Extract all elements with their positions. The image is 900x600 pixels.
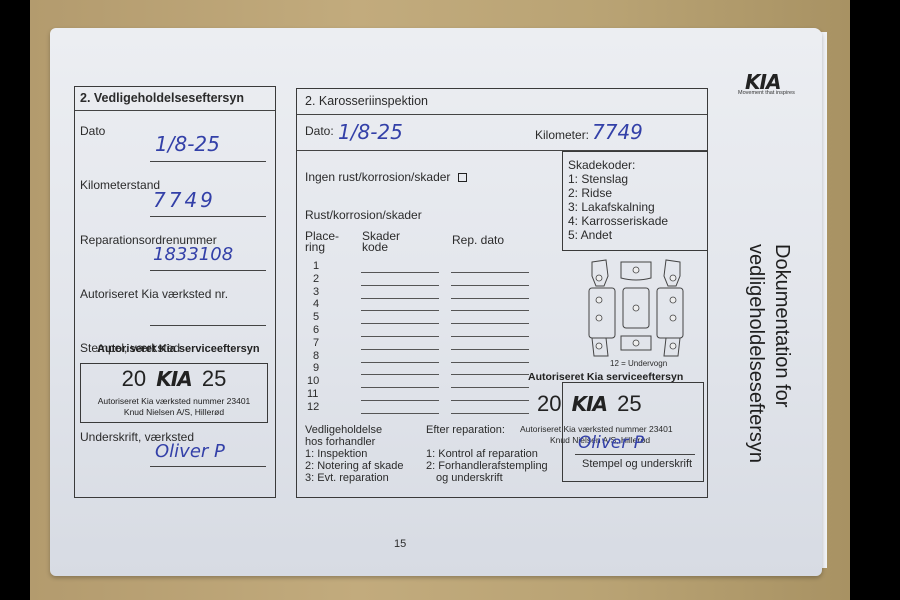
- col-placering-2: ring: [305, 240, 325, 254]
- underskrift-signature[interactable]: Oliver P: [155, 441, 225, 462]
- dato-value[interactable]: 1/8-25: [155, 132, 220, 156]
- booklet-page: 2. Vedligeholdelseseftersyn Dato 1/8-25 …: [50, 28, 822, 576]
- kia-stamp-logo-icon: KIA: [572, 392, 607, 416]
- row-number: 3: [313, 286, 319, 298]
- no-damage-label: Ingen rust/korrosion/skader: [305, 170, 467, 184]
- after-title: Efter reparation:: [426, 424, 505, 436]
- row-number: 1: [313, 260, 319, 272]
- no-damage-checkbox[interactable]: [458, 173, 467, 182]
- body-km-value[interactable]: 7749: [592, 120, 643, 144]
- reparationsordrenummer-value[interactable]: 1833108: [153, 244, 233, 265]
- side-title-line2: vedligeholdelseseftersyn: [743, 244, 769, 463]
- damage-code-item: 3: Lakafskalning: [568, 200, 655, 214]
- stamp-line2: Knud Nielsen A/S, Hillerød: [81, 407, 267, 417]
- row-number: 5: [313, 311, 319, 323]
- damage-code-item: 2: Ridse: [568, 186, 612, 200]
- stamp-year-left: 20: [122, 366, 146, 391]
- dato-line: [150, 161, 266, 162]
- skader-kode-field[interactable]: [361, 362, 439, 363]
- rep-dato-field[interactable]: [451, 400, 529, 401]
- after-repair-item: 1: Kontrol af reparation: [426, 448, 538, 460]
- col-placering: Place- ring: [305, 231, 339, 253]
- kilometerstand-value[interactable]: 7749: [153, 188, 216, 212]
- body-stamp-signature[interactable]: Oliver P: [578, 433, 644, 453]
- kilometerstand-label: Kilometerstand: [80, 178, 160, 192]
- stamp-year: 20 KIA 25: [81, 366, 267, 392]
- damage-code-item: 4: Karrosseriskade: [568, 214, 668, 228]
- skader-kode-field[interactable]: [361, 272, 439, 273]
- rep-dato-field[interactable]: [451, 387, 529, 388]
- body-stamp-year-left: 20: [537, 391, 561, 416]
- damage-code-item: 1: Stenslag: [568, 172, 628, 186]
- maintenance-item: 1: Inspektion: [305, 448, 367, 460]
- body-dato-label: Dato:: [305, 124, 334, 138]
- row-number: 2: [313, 273, 319, 285]
- side-title: Dokumentation for vedligeholdelsesefters…: [743, 244, 795, 463]
- title-divider: [75, 110, 275, 111]
- maintenance-form-title: 2. Vedligeholdelseseftersyn: [80, 91, 244, 105]
- body-stamp-line: [575, 454, 695, 455]
- damage-code-item: 5: Andet: [568, 228, 612, 242]
- skader-kode-field[interactable]: [361, 374, 439, 375]
- rep-dato-field[interactable]: [451, 310, 529, 311]
- skader-kode-field[interactable]: [361, 285, 439, 286]
- skader-kode-field[interactable]: [361, 336, 439, 337]
- vaerksted-nr-line: [150, 325, 266, 326]
- dato-label: Dato: [80, 124, 105, 138]
- side-title-line1: Dokumentation for: [769, 244, 795, 463]
- rep-dato-field[interactable]: [451, 374, 529, 375]
- kilometerstand-line: [150, 216, 266, 217]
- body-km-label: Kilometer:: [535, 128, 589, 142]
- col-skader-kode: Skader kode: [362, 231, 400, 253]
- maint-title-1: Vedligeholdelse: [305, 424, 382, 436]
- skader-kode-field[interactable]: [361, 413, 439, 414]
- workshop-stamp: 20 KIA 25 Autoriseret Kia værksted numme…: [80, 363, 268, 423]
- maintenance-item: 2: Notering af skade: [305, 460, 403, 472]
- body-inspection-title: 2. Karosseriinspektion: [305, 94, 428, 108]
- row-number: 9: [313, 362, 319, 374]
- row-number: 10: [307, 375, 319, 387]
- body-stamp-caption: Stempel og underskrift: [582, 458, 692, 470]
- reparationsordrenummer-line: [150, 270, 266, 271]
- rep-dato-field[interactable]: [451, 349, 529, 350]
- row-number: 4: [313, 298, 319, 310]
- stamp-line1: Autoriseret Kia værksted nummer 23401: [81, 396, 267, 406]
- maintenance-item: 3: Evt. reparation: [305, 472, 389, 484]
- skader-kode-field[interactable]: [361, 387, 439, 388]
- rep-dato-field[interactable]: [451, 336, 529, 337]
- brand-tagline: Movement that inspires: [738, 90, 795, 96]
- diagram-caption: 12 = Undervogn: [610, 359, 667, 368]
- row-number: 11: [307, 388, 318, 400]
- maint-title-2: hos forhandler: [305, 436, 375, 448]
- no-damage-text: Ingen rust/korrosion/skader: [305, 170, 450, 184]
- body-stamp-year: 20 KIA 25: [537, 391, 642, 417]
- skader-kode-field[interactable]: [361, 349, 439, 350]
- after-repair-item: og underskrift: [436, 472, 503, 484]
- body-stamp-year-right: 25: [617, 391, 641, 416]
- skader-kode-field[interactable]: [361, 298, 439, 299]
- kia-logo-icon: KIA: [156, 367, 191, 391]
- rep-dato-field[interactable]: [451, 323, 529, 324]
- stamp-header: Autoriseret Kia serviceeftersyn: [97, 343, 260, 355]
- underskrift-line: [150, 466, 266, 467]
- rep-dato-field[interactable]: [451, 272, 529, 273]
- rep-dato-field[interactable]: [451, 298, 529, 299]
- skader-kode-field[interactable]: [361, 400, 439, 401]
- col-skader-2: kode: [362, 240, 388, 254]
- row-number: 6: [313, 324, 319, 336]
- row-number: 12: [307, 401, 319, 413]
- rep-dato-field[interactable]: [451, 413, 529, 414]
- skader-kode-field[interactable]: [361, 323, 439, 324]
- col-rep-dato: Rep. dato: [452, 233, 504, 247]
- title-divider: [297, 114, 707, 115]
- codes-title: Skadekoder:: [568, 158, 635, 172]
- damage-label: Rust/korrosion/skader: [305, 208, 422, 222]
- car-body-diagram-icon: [586, 256, 686, 366]
- stamp-year-right: 25: [202, 366, 226, 391]
- row-number: 7: [313, 337, 319, 349]
- after-repair-item: 2: Forhandlerafstempling: [426, 460, 548, 472]
- rep-dato-field[interactable]: [451, 362, 529, 363]
- vaerksted-nr-label: Autoriseret Kia værksted nr.: [80, 287, 228, 301]
- rep-dato-field[interactable]: [451, 285, 529, 286]
- body-dato-value[interactable]: 1/8-25: [338, 120, 403, 144]
- row-number: 8: [313, 350, 319, 362]
- skader-kode-field[interactable]: [361, 310, 439, 311]
- page-number: 15: [394, 538, 406, 550]
